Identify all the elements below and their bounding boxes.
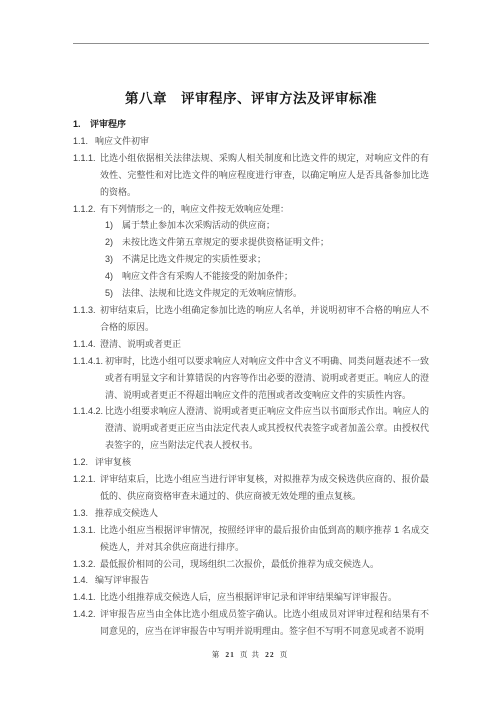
item-number: 1.1.4.1. xyxy=(73,353,105,404)
item-text: 不满足比选文件规定的实质性要求； xyxy=(122,251,429,268)
footer-total-pages: 22 xyxy=(265,650,275,659)
footer-label-total: 共 xyxy=(252,650,261,659)
list-item-5: 5) 法律、法规和比选文件规定的无效响应情形。 xyxy=(73,285,429,302)
item-number: 1.3.2. xyxy=(73,556,100,573)
footer-current-page: 21 xyxy=(225,650,235,659)
item-number: 1. xyxy=(73,116,90,133)
item-text: 编写评审报告 xyxy=(95,572,429,589)
item-text: 有下列情形之一的，响应文件按无效响应处理： xyxy=(100,201,429,218)
paragraph-1-3: 1.3. 推荐成交候选人 xyxy=(73,505,429,522)
item-number: 1.4.2. xyxy=(73,606,100,640)
item-number: 1.4. xyxy=(73,572,95,589)
paragraph-1-1-4-1: 1.1.4.1. 初审时，比选小组可以要求响应人对响应文件中含义不明确、同类问题… xyxy=(73,353,429,404)
item-number: 4) xyxy=(105,268,122,285)
paragraph-1-2: 1.2. 评审复核 xyxy=(73,454,429,471)
item-text: 初审时，比选小组可以要求响应人对响应文件中含义不明确、同类问题表述不一致或者有明… xyxy=(105,353,429,404)
item-number: 1) xyxy=(105,217,122,234)
item-text: 最低报价相同的公司，现场组织二次报价，最低价推荐为成交候选人。 xyxy=(100,556,429,573)
item-text: 评审复核 xyxy=(95,454,429,471)
item-text: 澄清、说明或者更正 xyxy=(100,336,429,353)
chapter-title: 第八章 评审程序、评审方法及评审标准 xyxy=(73,89,429,109)
list-item-3: 3) 不满足比选文件规定的实质性要求； xyxy=(73,251,429,268)
item-text: 评审报告应当由全体比选小组成员签字确认。比选小组成员对评审过程和结果有不同意见的… xyxy=(100,606,429,640)
item-number: 1.2.1. xyxy=(73,471,100,505)
item-number: 1.1.1. xyxy=(73,150,100,201)
item-text: 响应文件含有采购人不能接受的附加条件； xyxy=(122,268,429,285)
header-rule xyxy=(73,43,429,44)
item-text: 评审结束后，比选小组应当进行评审复核，对拟推荐为成交候选供应商的、报价最低的、供… xyxy=(100,471,429,505)
item-text: 比选小组要求响应人澄清、说明或者更正响应文件应当以书面形式作出。响应人的澄清、说… xyxy=(105,403,429,454)
document-page: 第八章 评审程序、评审方法及评审标准 1. 评审程序 1.1. 响应文件初审 1… xyxy=(0,0,500,707)
paragraph-1-4-2: 1.4.2. 评审报告应当由全体比选小组成员签字确认。比选小组成员对评审过程和结… xyxy=(73,606,429,640)
page-content: 第八章 评审程序、评审方法及评审标准 1. 评审程序 1.1. 响应文件初审 1… xyxy=(73,89,429,640)
list-item-2: 2) 未按比选文件第五章规定的要求提供资格证明文件； xyxy=(73,234,429,251)
item-number: 3) xyxy=(105,251,122,268)
paragraph-1-2-1: 1.2.1. 评审结束后，比选小组应当进行评审复核，对拟推荐为成交候选供应商的、… xyxy=(73,471,429,505)
paragraph-1-4: 1.4. 编写评审报告 xyxy=(73,572,429,589)
list-item-1: 1) 属于禁止参加本次采购活动的供应商； xyxy=(73,217,429,234)
paragraph-1: 1. 评审程序 xyxy=(73,116,429,133)
paragraph-1-1-3: 1.1.3. 初审结束后，比选小组确定参加比选的响应人名单，并说明初审不合格的响… xyxy=(73,302,429,336)
paragraph-1-3-2: 1.3.2. 最低报价相同的公司，现场组织二次报价，最低价推荐为成交候选人。 xyxy=(73,556,429,573)
item-text: 评审程序 xyxy=(90,116,429,133)
item-number: 1.3. xyxy=(73,505,95,522)
item-text: 法律、法规和比选文件规定的无效响应情形。 xyxy=(122,285,429,302)
item-text: 未按比选文件第五章规定的要求提供资格证明文件； xyxy=(122,234,429,251)
item-number: 1.2. xyxy=(73,454,95,471)
paragraph-1-3-1: 1.3.1. 比选小组应当根据评审情况，按照经评审的最后报价由低到高的顺序推荐 … xyxy=(73,522,429,556)
item-number: 1.3.1. xyxy=(73,522,100,556)
paragraph-1-1-4: 1.1.4. 澄清、说明或者更正 xyxy=(73,336,429,353)
item-number: 1.4.1. xyxy=(73,589,100,606)
footer-label-page: 第 xyxy=(212,650,221,659)
item-number: 1.1.2. xyxy=(73,201,100,218)
paragraph-1-1-2: 1.1.2. 有下列情形之一的，响应文件按无效响应处理： xyxy=(73,201,429,218)
item-text: 比选小组依据相关法律法规、采购人相关制度和比选文件的规定，对响应文件的有效性、完… xyxy=(100,150,429,201)
paragraph-1-4-1: 1.4.1. 比选小组推荐成交候选人后，应当根据评审记录和评审结果编写评审报告。 xyxy=(73,589,429,606)
paragraph-1-1-1: 1.1.1. 比选小组依据相关法律法规、采购人相关制度和比选文件的规定，对响应文… xyxy=(73,150,429,201)
item-number: 1.1.4.2. xyxy=(73,403,105,454)
item-number: 1.1. xyxy=(73,133,95,150)
item-number: 1.1.4. xyxy=(73,336,100,353)
footer-label-of: 页 xyxy=(240,650,249,659)
paragraph-1-1-4-2: 1.1.4.2. 比选小组要求响应人澄清、说明或者更正响应文件应当以书面形式作出… xyxy=(73,403,429,454)
item-text: 比选小组应当根据评审情况，按照经评审的最后报价由低到高的顺序推荐 1 名成交候选… xyxy=(100,522,429,556)
footer-label-pages: 页 xyxy=(280,650,289,659)
item-number: 1.1.3. xyxy=(73,302,100,336)
item-number: 2) xyxy=(105,234,122,251)
item-number: 5) xyxy=(105,285,122,302)
page-footer: 第 21 页 共 22 页 xyxy=(0,649,500,660)
paragraph-1-1: 1.1. 响应文件初审 xyxy=(73,133,429,150)
item-text: 响应文件初审 xyxy=(95,133,429,150)
item-text: 推荐成交候选人 xyxy=(95,505,429,522)
item-text: 比选小组推荐成交候选人后，应当根据评审记录和评审结果编写评审报告。 xyxy=(100,589,429,606)
item-text: 初审结束后，比选小组确定参加比选的响应人名单，并说明初审不合格的响应人不合格的原… xyxy=(100,302,429,336)
item-text: 属于禁止参加本次采购活动的供应商； xyxy=(122,217,429,234)
list-item-4: 4) 响应文件含有采购人不能接受的附加条件； xyxy=(73,268,429,285)
